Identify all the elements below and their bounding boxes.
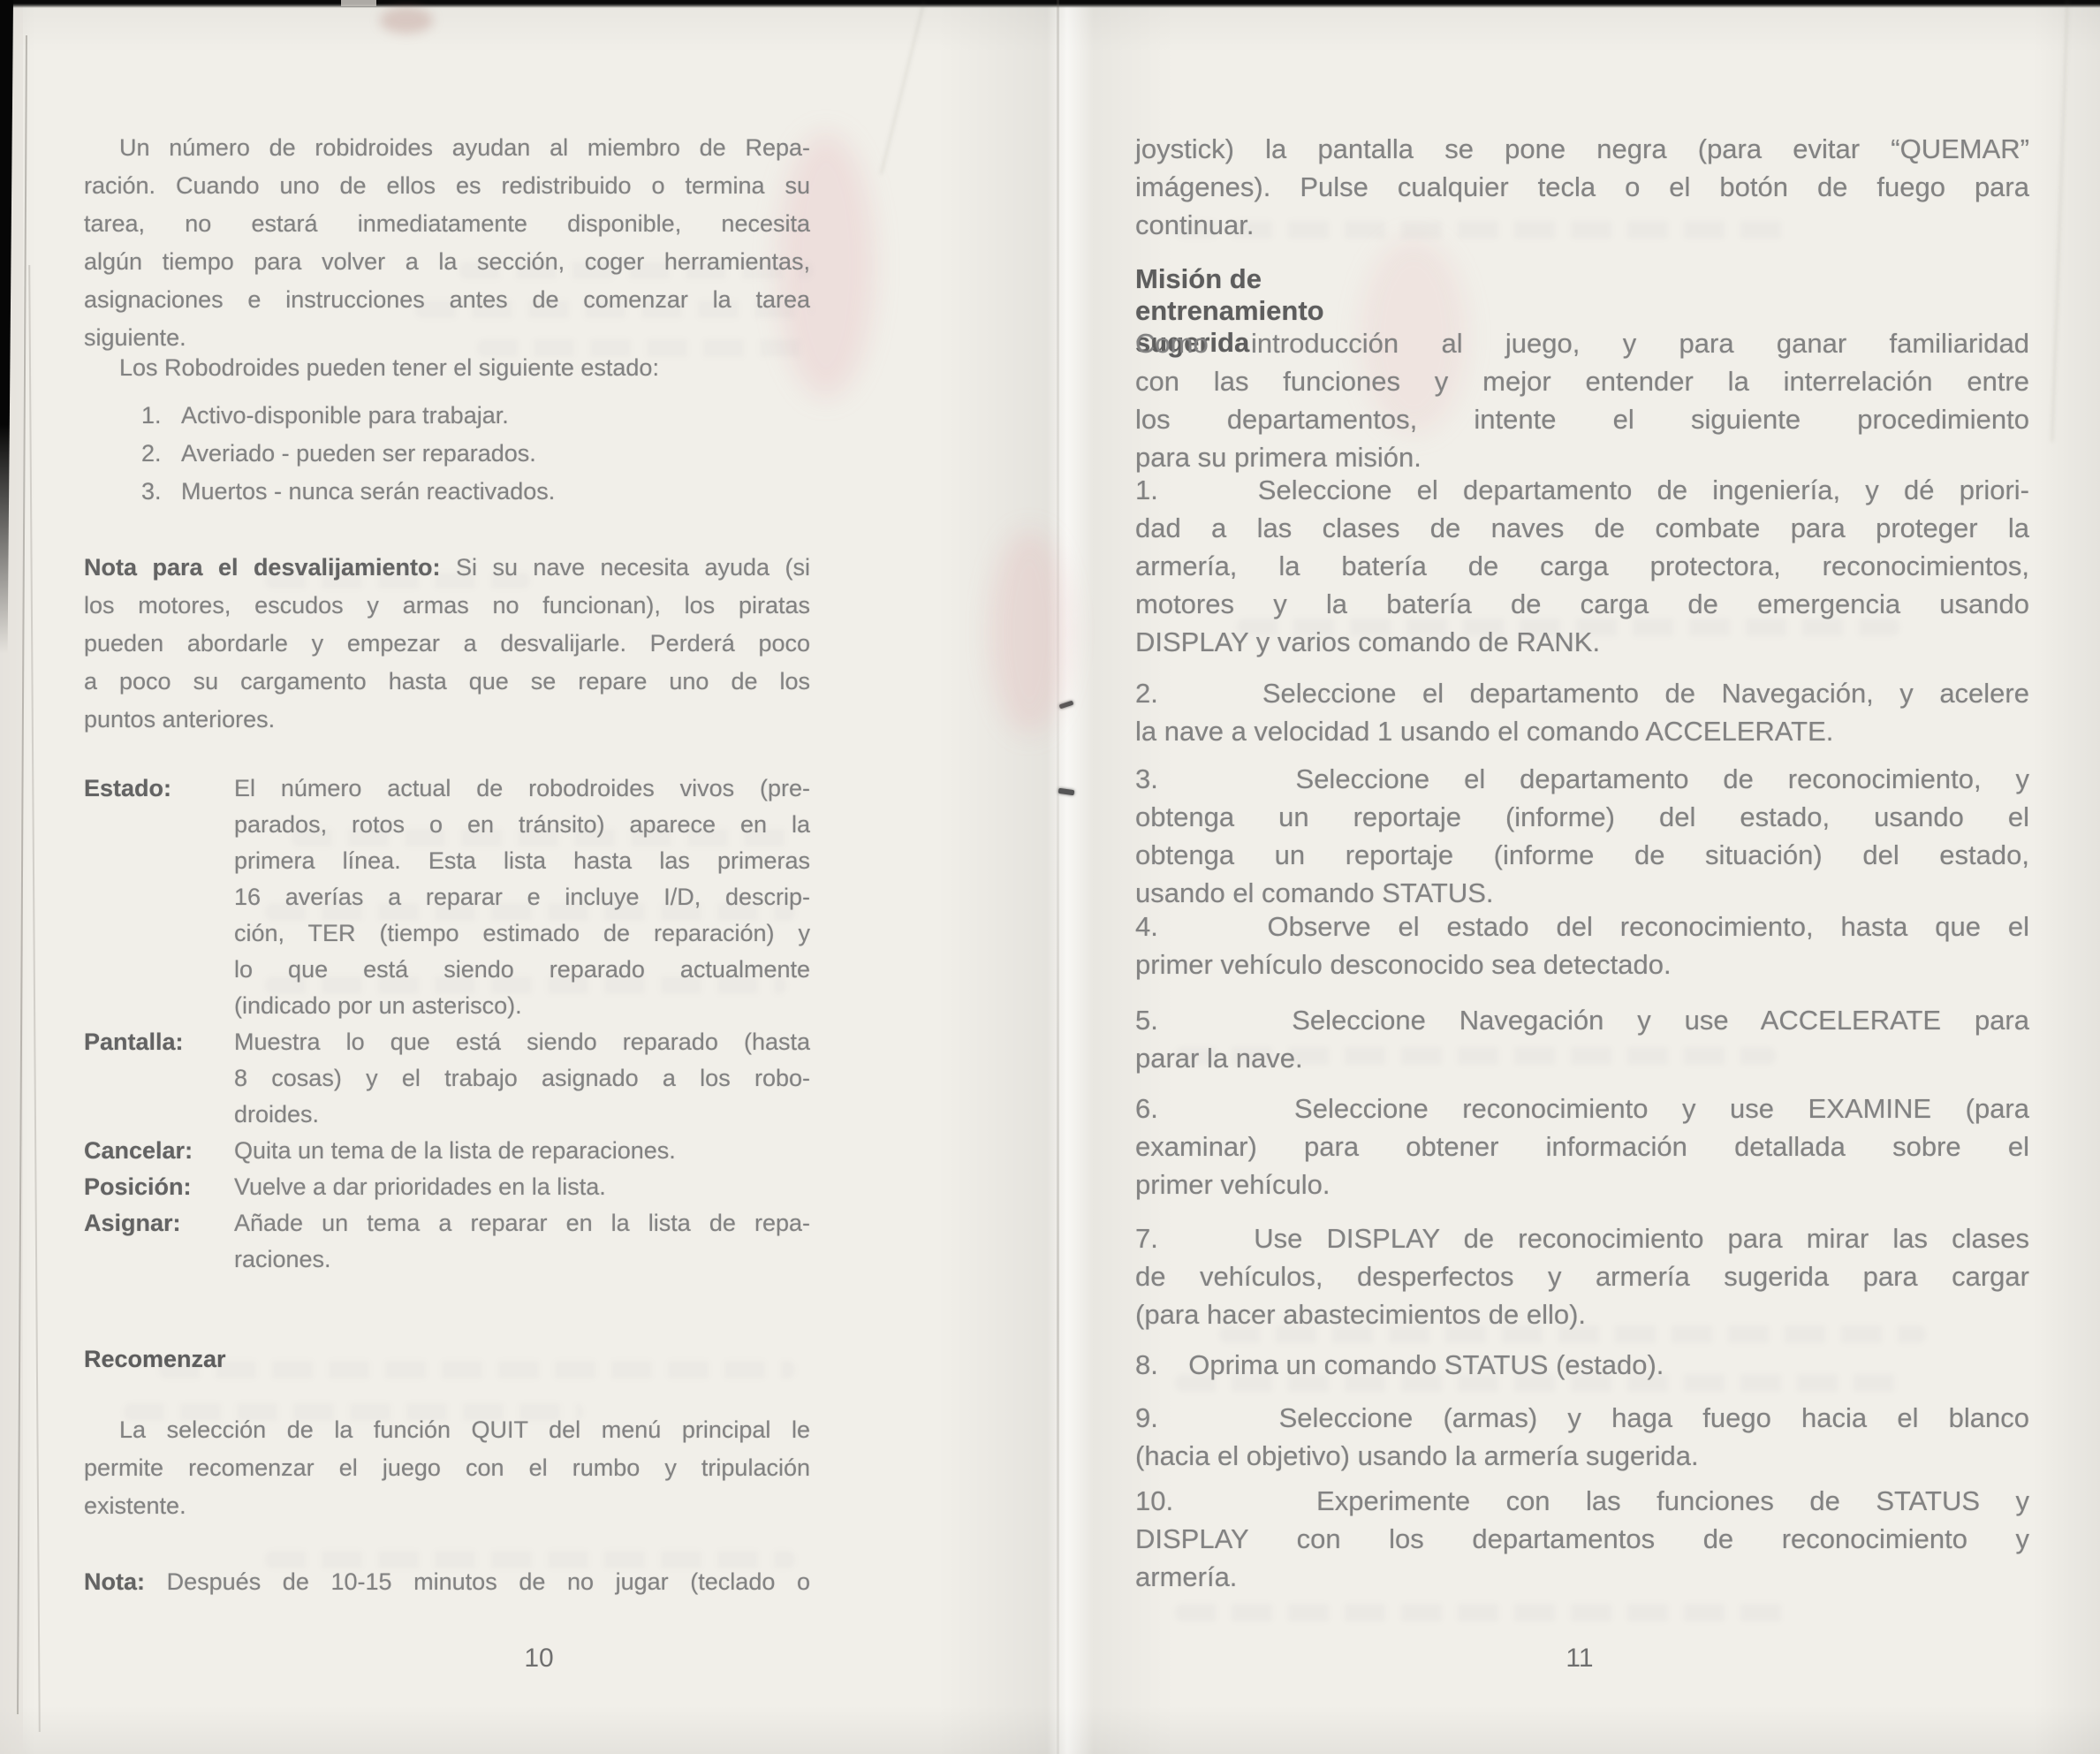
bleed-through-text — [1175, 1604, 1793, 1621]
text-line: La selección de la función QUIT del menú… — [84, 1411, 810, 1449]
idle-note-rest: Después de 10-15 minutos de no jugar (te… — [145, 1568, 810, 1595]
text-line: droides. — [234, 1097, 810, 1133]
text-line: obtenga un reportaje (informe) del estad… — [1135, 798, 2029, 836]
text-line: permite recomenzar el juego con el rumbo… — [84, 1449, 810, 1487]
training-step-10: 10. Experimente con las funciones de STA… — [1135, 1482, 2029, 1596]
text-line: Quita un tema de la lista de reparacione… — [234, 1133, 810, 1169]
text-line: Añade un tema a reparar en la lista de r… — [234, 1205, 810, 1241]
text-line: parados, rotos o en tránsito) aparece en… — [234, 807, 810, 843]
text-line: existente. — [84, 1487, 810, 1525]
text-line: 3. Muertos - nunca serán reactivados. — [141, 473, 795, 511]
training-step-4: 4. Observe el estado del reconocimiento,… — [1135, 907, 2029, 983]
text-line: primer vehículo desconocido sea detectad… — [1135, 945, 2029, 983]
text-line: Vuelve a dar prioridades en la lista. — [234, 1169, 810, 1205]
text-line: 8 cosas) y el trabajo asignado a los rob… — [234, 1060, 810, 1097]
text-line: lo que está siendo reparado actualmente — [234, 952, 810, 988]
pink-stain-fold — [989, 530, 1069, 733]
definition-term: Asignar: — [84, 1205, 181, 1241]
text-line: primer vehículo. — [1135, 1166, 2029, 1204]
text-line: los departamentos, intente el siguiente … — [1135, 400, 2029, 438]
text-line: El número actual de robodroides vivos (p… — [234, 771, 810, 807]
recomenzar-heading: Recomenzar — [84, 1346, 226, 1373]
staple-mark-top — [1059, 701, 1074, 710]
definition-pantalla: Pantalla: Muestra lo que está siendo rep… — [84, 1024, 810, 1133]
text-line: DISPLAY y varios comando de RANK. — [1135, 623, 2029, 661]
text-line: de vehículos, desperfectos y armería sug… — [1135, 1257, 2029, 1295]
text-line: imágenes). Pulse cualquier tecla o el bo… — [1135, 168, 2029, 206]
text-line: 16 averías a reparar e incluye I/D, desc… — [234, 879, 810, 915]
scanner-top-edge-notch — [341, 0, 376, 6]
training-step-7: 7. Use DISPLAY de reconocimiento para mi… — [1135, 1219, 2029, 1333]
text-line: puntos anteriores. — [84, 701, 810, 739]
scanner-top-edge — [0, 0, 2100, 8]
text-line: 1. Activo-disponible para trabajar. — [141, 397, 795, 435]
text-line: (hacia el objetivo) usando la armería su… — [1135, 1437, 2029, 1475]
training-step-1: 1. Seleccione el departamento de ingenie… — [1135, 471, 2029, 661]
left-intro-paragraph: Un número de robidroides ayudan al miemb… — [84, 129, 810, 357]
looting-note-first-line: Nota para el desvalijamiento: Si su nave… — [84, 549, 810, 587]
text-line: 4. Observe el estado del reconocimiento,… — [1135, 907, 2029, 945]
text-line: primera línea. Esta lista hasta las prim… — [234, 843, 810, 879]
left-states-lead-sentence: Los Robodroides pueden tener el siguient… — [84, 349, 810, 387]
right-page-number: 11 — [1531, 1644, 1628, 1674]
text-line: 8. Oprima un comando STATUS (estado). — [1135, 1346, 2029, 1384]
training-step-9: 9. Seleccione (armas) y haga fuego hacia… — [1135, 1399, 2029, 1475]
definition-posicion: Posición: Vuelve a dar prioridades en la… — [84, 1169, 810, 1205]
text-line: obtenga un reportaje (informe de situaci… — [1135, 836, 2029, 874]
text-line: Muestra lo que está siendo reparado (has… — [234, 1024, 810, 1060]
text-line: motores y la batería de carga de emergen… — [1135, 585, 2029, 623]
text-line: 6. Seleccione reconocimiento y use EXAMI… — [1135, 1090, 2029, 1128]
booklet-page-edge-line-2 — [28, 265, 41, 1732]
definition-description: Muestra lo que está siendo reparado (has… — [234, 1024, 810, 1133]
definition-description: Vuelve a dar prioridades en la lista. — [234, 1169, 810, 1205]
looting-note-rest-lines: los motores, escudos y armas no funciona… — [84, 587, 810, 739]
definition-term: Pantalla: — [84, 1024, 184, 1060]
definition-term: Estado: — [84, 771, 171, 807]
text-line: parar la nave. — [1135, 1039, 2029, 1077]
idle-note-paragraph: Nota: Después de 10-15 minutos de no jug… — [84, 1563, 810, 1601]
text-line: a poco su cargamento hasta que se repare… — [84, 663, 810, 701]
center-fold-crease — [1057, 0, 1059, 1754]
training-step-5: 5. Seleccione Navegación y use ACCELERAT… — [1135, 1001, 2029, 1077]
paper-crease-right-edge — [2051, 0, 2068, 442]
looting-note-paragraph: Nota para el desvalijamiento: Si su nave… — [84, 549, 810, 739]
text-line: armería, la batería de carga protectora,… — [1135, 547, 2029, 585]
training-mission-intro: Como introducción al juego, y para ganar… — [1135, 324, 2029, 476]
definition-term: Cancelar: — [84, 1133, 193, 1169]
text-line: (indicado por un asterisco). — [234, 988, 810, 1024]
definition-estado: Estado: El número actual de robodroides … — [84, 771, 810, 1024]
text-line: algún tiempo para volver a la sección, c… — [84, 243, 810, 281]
text-line: 2. Seleccione el departamento de Navegac… — [1135, 674, 2029, 712]
idle-note-line: Nota: Después de 10-15 minutos de no jug… — [84, 1563, 810, 1601]
looting-note-lead: Nota para el desvalijamiento: — [84, 554, 441, 581]
text-line: pueden abordarle y empezar a desvalijarl… — [84, 625, 810, 663]
text-line: armería. — [1135, 1558, 2029, 1596]
text-line: 10. Experimente con las funciones de STA… — [1135, 1482, 2029, 1520]
definition-asignar: Asignar: Añade un tema a reparar en la l… — [84, 1205, 810, 1278]
text-line: Un número de robidroides ayudan al miemb… — [84, 129, 810, 167]
definition-description: El número actual de robodroides vivos (p… — [234, 771, 810, 1024]
text-line: raciones. — [234, 1241, 810, 1278]
scanner-left-margin — [0, 0, 23, 1754]
text-line: 5. Seleccione Navegación y use ACCELERAT… — [1135, 1001, 2029, 1039]
robot-states-list: 1. Activo-disponible para trabajar.2. Av… — [141, 397, 795, 511]
text-line: Los Robodroides pueden tener el siguient… — [84, 349, 810, 387]
text-line: la nave a velocidad 1 usando el comando … — [1135, 712, 2029, 750]
text-line: tarea, no estará inmediatamente disponib… — [84, 205, 810, 243]
text-line: asignaciones e instrucciones antes de co… — [84, 281, 810, 319]
paper-crease-left-page — [880, 3, 925, 175]
text-line: 1. Seleccione el departamento de ingenie… — [1135, 471, 2029, 509]
looting-note-first-line-rest: Si su nave necesita ayuda (si — [441, 554, 810, 581]
manual-scan-spread: Un número de robidroides ayudan al miemb… — [0, 0, 2100, 1754]
command-definition-list: Estado: El número actual de robodroides … — [84, 771, 810, 1278]
left-page-number: 10 — [490, 1644, 588, 1674]
text-line: ración. Cuando uno de ellos es redistrib… — [84, 167, 810, 205]
scanner-left-black-edge — [0, 0, 13, 672]
text-line: 9. Seleccione (armas) y haga fuego hacia… — [1135, 1399, 2029, 1437]
definition-description: Quita un tema de la lista de reparacione… — [234, 1133, 810, 1169]
text-line: (para hacer abastecimientos de ello). — [1135, 1295, 2029, 1333]
text-line: 3. Seleccione el departamento de reconoc… — [1135, 760, 2029, 798]
text-line: 7. Use DISPLAY de reconocimiento para mi… — [1135, 1219, 2029, 1257]
text-line: examinar) para obtener información detal… — [1135, 1128, 2029, 1166]
text-line: 2. Averiado - pueden ser reparados. — [141, 435, 795, 473]
idle-note-lead: Nota: — [84, 1568, 145, 1595]
training-step-8: 8. Oprima un comando STATUS (estado). — [1135, 1346, 2029, 1384]
definition-cancelar: Cancelar: Quita un tema de la lista de r… — [84, 1133, 810, 1169]
text-line: ción, TER (tiempo estimado de reparación… — [234, 915, 810, 952]
text-line: con las funciones y mejor entender la in… — [1135, 362, 2029, 400]
training-step-3: 3. Seleccione el departamento de reconoc… — [1135, 760, 2029, 912]
training-step-2: 2. Seleccione el departamento de Navegac… — [1135, 674, 2029, 750]
staple-mark-bottom — [1058, 788, 1075, 795]
bleed-through-text — [159, 1361, 795, 1378]
text-line: DISPLAY con los departamentos de reconoc… — [1135, 1520, 2029, 1558]
text-line: joystick) la pantalla se pone negra (par… — [1135, 130, 2029, 168]
text-line: dad a las clases de naves de combate par… — [1135, 509, 2029, 547]
definition-term: Posición: — [84, 1169, 192, 1205]
text-line: los motores, escudos y armas no funciona… — [84, 587, 810, 625]
text-line: continuar. — [1135, 206, 2029, 244]
idle-note-continuation: joystick) la pantalla se pone negra (par… — [1135, 130, 2029, 244]
recomenzar-paragraph: La selección de la función QUIT del menú… — [84, 1411, 810, 1525]
definition-description: Añade un tema a reparar en la lista de r… — [234, 1205, 810, 1278]
booklet-page-edge-line — [17, 35, 27, 1714]
text-line: usando el comando STATUS. — [1135, 874, 2029, 912]
text-line: Como introducción al juego, y para ganar… — [1135, 324, 2029, 362]
training-step-6: 6. Seleccione reconocimiento y use EXAMI… — [1135, 1090, 2029, 1204]
paper-blemish-top — [380, 7, 433, 34]
